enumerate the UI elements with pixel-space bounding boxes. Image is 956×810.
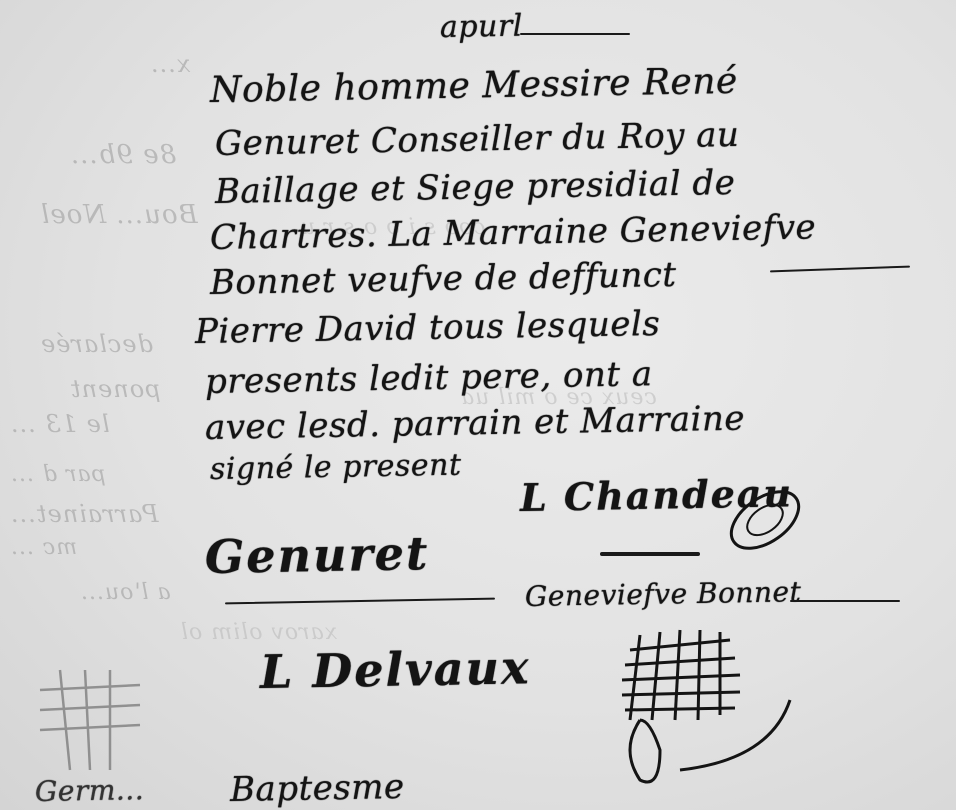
entry-line-2: Genuret Conseiller du Roy au [215,115,740,164]
bleed-text: xarov olim ol [180,620,337,645]
entry-line-9: signé le present [210,448,462,487]
signature-tail [790,600,900,602]
entry-line-6: Pierre David tous lesquels [195,304,661,352]
entry-line-8: avec lesd. parrain et Marraine [205,399,746,448]
entry-line-7: presents ledit pere, ont a [205,354,653,402]
signature-bonnet: Geneviefve Bonnet [525,575,802,613]
next-entry-label: Baptesme [230,767,405,810]
signature-underline [225,598,495,605]
signature-delvaux: L Delvaux [260,640,531,699]
bleed-text: par d ... [10,462,106,487]
document-page: x... 8e 9b... Bou... Noel declarée ponen… [0,0,956,810]
signature-genuret: Genuret [205,526,430,584]
paraph-flourish-icon [720,475,810,565]
crosshatch-mark-icon [600,620,800,800]
strike-stroke [600,552,700,556]
bleed-crosshatch-icon [30,660,150,780]
bleed-text: Bou... Noel [40,200,198,230]
entry-line-3: Baillage et Siege presidial de [215,163,736,212]
entry-line-1: Noble homme Messire René [210,61,738,111]
next-entry-name: Germ... [35,773,145,808]
bleed-text: a l'ou... [80,580,171,605]
entry-line-5: Bonnet veufve de deffunct [210,255,677,303]
line-filler-stroke [770,266,910,273]
bleed-text: ponent [70,375,161,403]
bleed-text: Parrainet... [10,500,159,528]
bleed-text: x... [150,50,190,78]
header-underline [520,33,630,35]
bleed-text: 8e 9b... [70,140,176,170]
bleed-text: le 13 ... [10,410,110,438]
bleed-text: mc ... [10,535,77,560]
header-word: apurl [440,9,523,45]
bleed-text: declarée [40,330,153,358]
